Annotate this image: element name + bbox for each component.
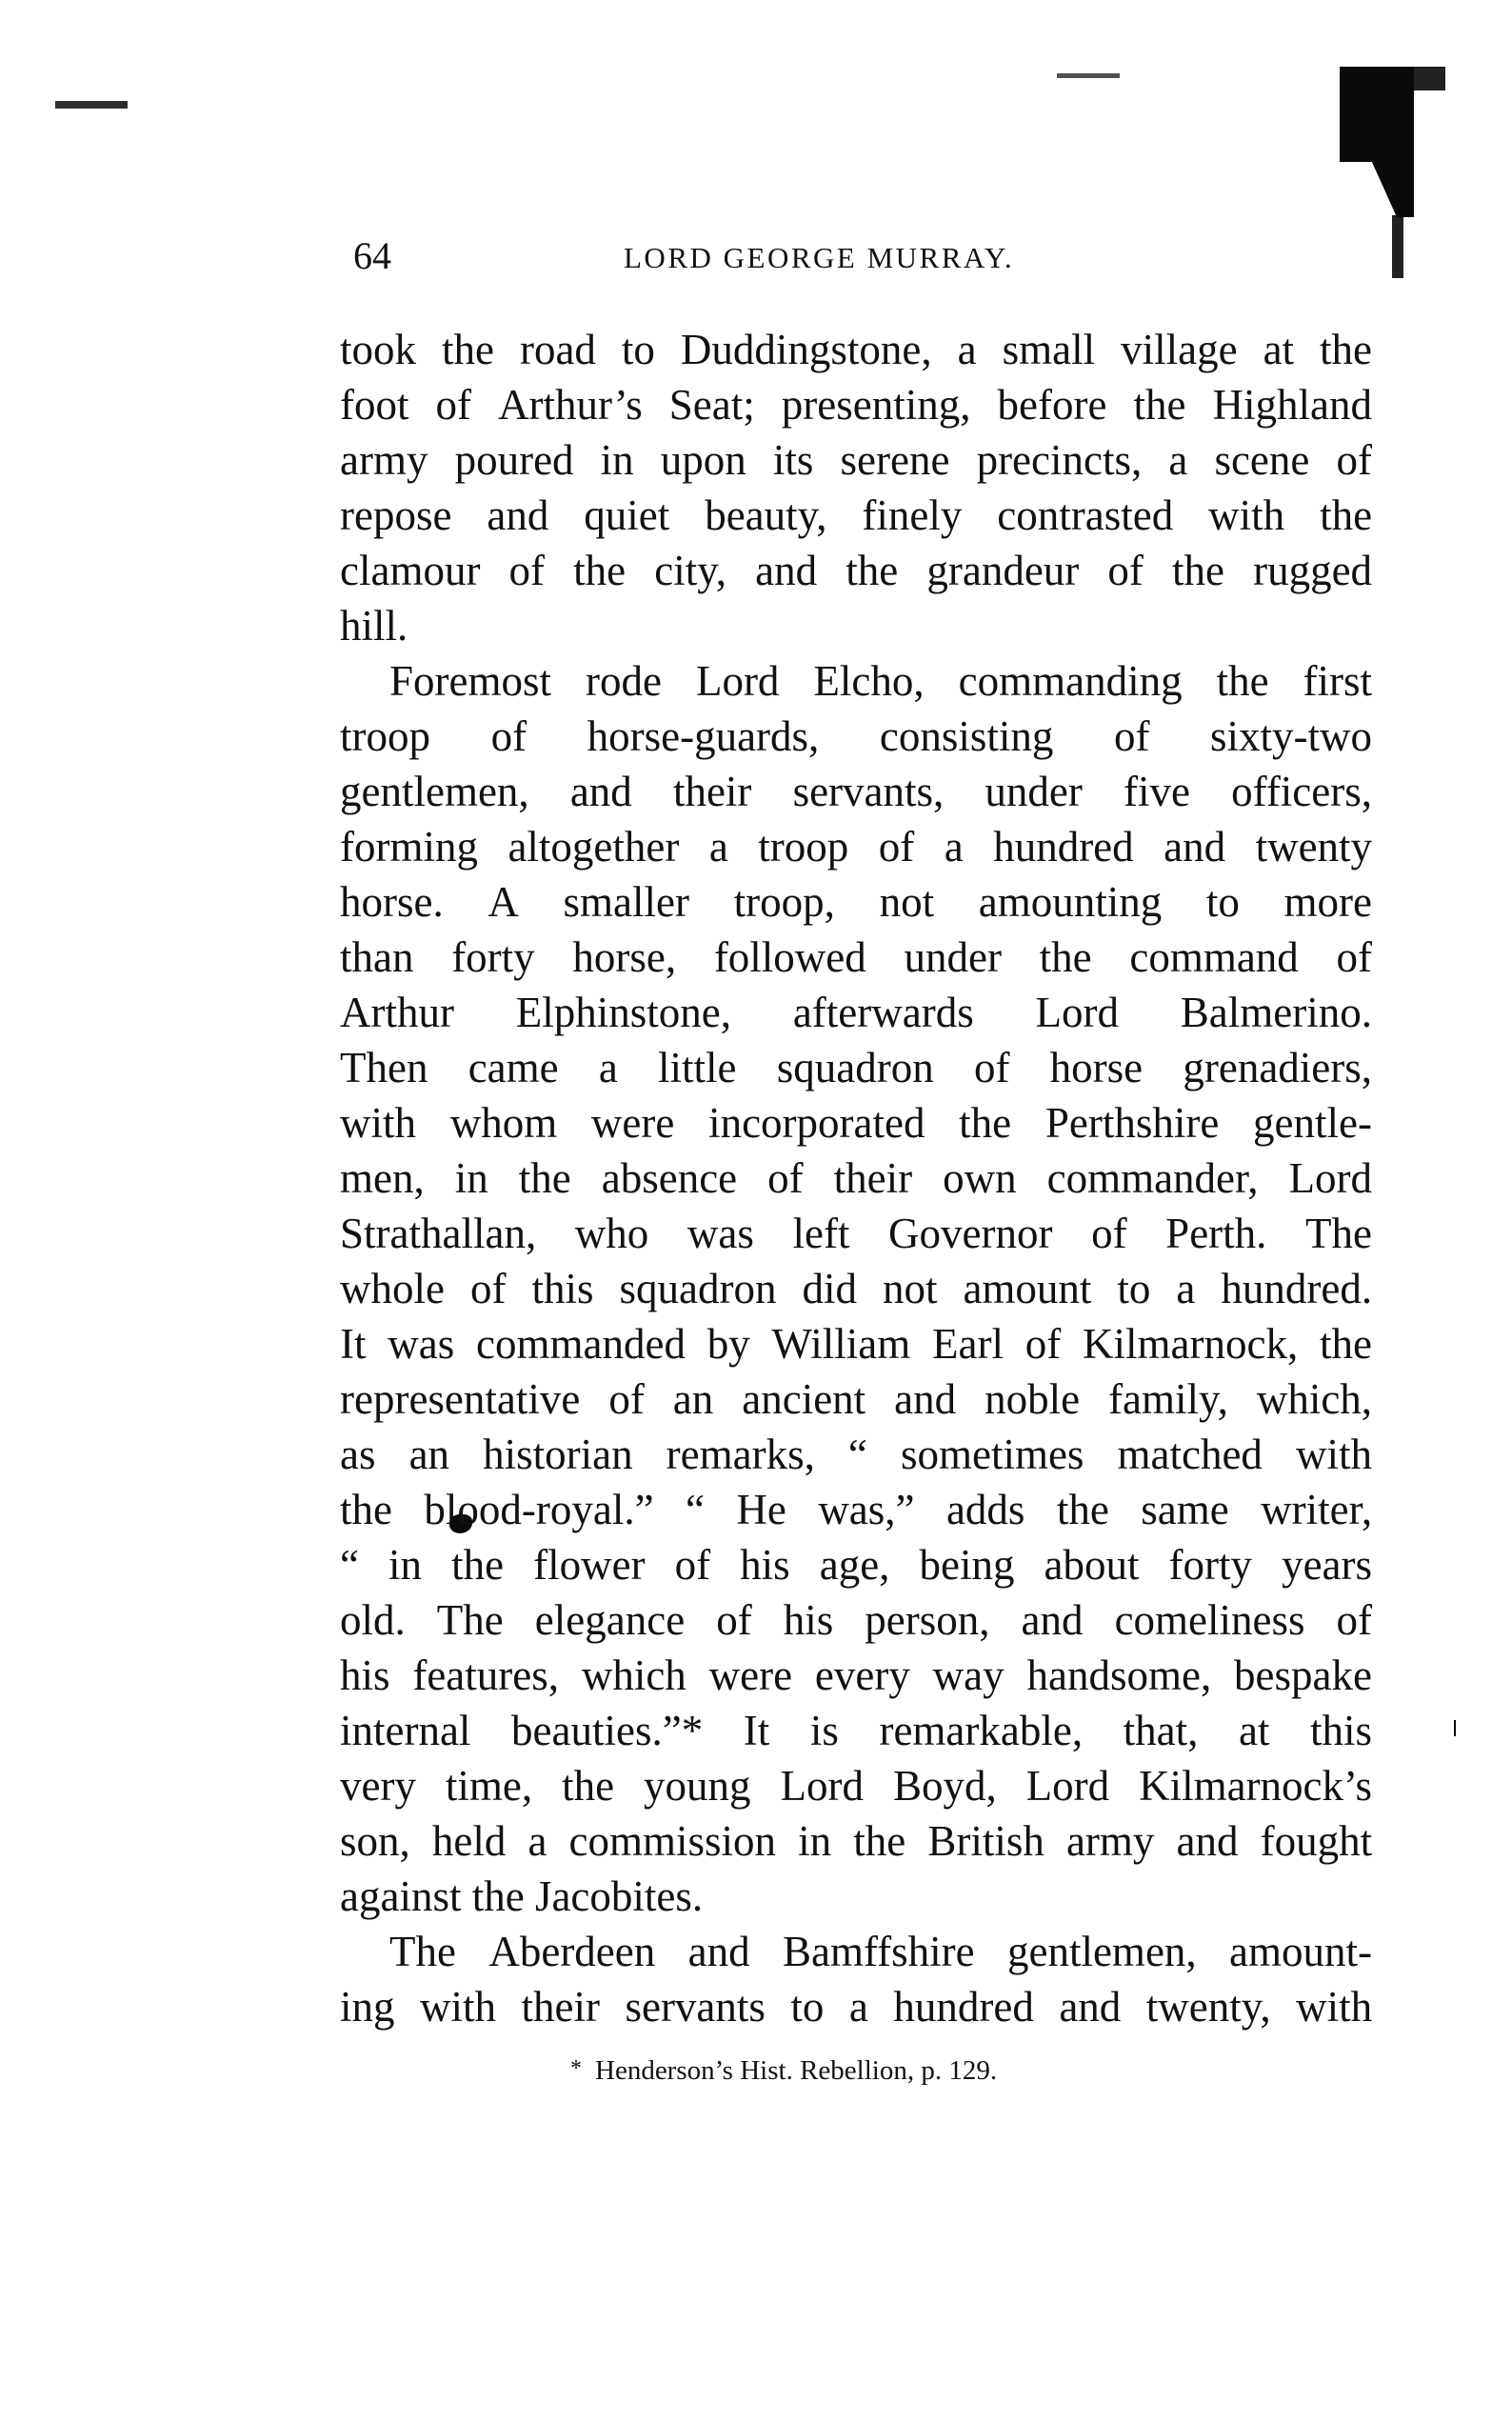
footnote-asterisk-icon: * bbox=[570, 2056, 582, 2081]
footnote: *Henderson’s Hist. Rebellion, p. 129. bbox=[570, 2048, 997, 2092]
text-line: reposeandquietbeauty,finelycontrastedwit… bbox=[340, 488, 1372, 543]
running-head: 64 LORD GEORGE MURRAY. bbox=[340, 232, 1372, 280]
text-line: asanhistorianremarks,“sometimesmatchedwi… bbox=[340, 1427, 1372, 1482]
text-line: internalbeauties.”*Itisremarkable,that,a… bbox=[340, 1703, 1372, 1758]
text-line: hill. bbox=[340, 598, 1372, 653]
text-line: horse.Asmallertroop,notamountingtomore bbox=[340, 874, 1372, 930]
text-line: tooktheroadtoDuddingstone,asmallvillagea… bbox=[340, 322, 1372, 377]
text-line: son,heldacommissionintheBritisharmyandfo… bbox=[340, 1813, 1372, 1869]
text-line: against the Jacobites. bbox=[340, 1869, 1372, 1924]
text-line: gentlemen,andtheirservants,underfiveoffi… bbox=[340, 764, 1372, 819]
text-line: theblood-royal.”“Hewas,”addsthesamewrite… bbox=[340, 1482, 1372, 1537]
text-line: old.Theeleganceofhisperson,andcomeliness… bbox=[340, 1592, 1372, 1648]
book-page: 64 LORD GEORGE MURRAY. tooktheroadtoDudd… bbox=[0, 0, 1512, 2422]
scan-smudge-top-right-tail bbox=[1371, 160, 1414, 217]
scan-smudge-top-right-corner bbox=[1414, 67, 1445, 90]
text-line: Thencamealittlesquadronofhorsegrenadiers… bbox=[340, 1040, 1372, 1095]
scan-mark-right-margin bbox=[1454, 1720, 1456, 1736]
text-line: footofArthur’sSeat;presenting,beforetheH… bbox=[340, 377, 1372, 432]
text-line: troopofhorse-guards,consistingofsixty-tw… bbox=[340, 709, 1372, 764]
text-line: thanfortyhorse,followedunderthecommandof bbox=[340, 930, 1372, 985]
text-line: verytime,theyoungLordBoyd,LordKilmarnock… bbox=[340, 1758, 1372, 1813]
scan-smudge-top-right-block bbox=[1340, 67, 1414, 162]
text-line: withwhomwereincorporatedthePerthshiregen… bbox=[340, 1095, 1372, 1151]
text-line: clamourofthecity,andthegrandeuroftherugg… bbox=[340, 543, 1372, 598]
footnote-text: Henderson’s Hist. Rebellion, p. 129. bbox=[595, 2055, 997, 2086]
text-line: wholeofthissquadrondidnotamounttoahundre… bbox=[340, 1261, 1372, 1316]
text-line: armypouredinuponitssereneprecincts,ascen… bbox=[340, 432, 1372, 488]
scan-smudge-top-left bbox=[55, 101, 128, 109]
paragraph-first-line: ForemostrodeLordElcho,commandingthefirst bbox=[389, 653, 1372, 709]
text-line: ingwiththeirservantstoahundredandtwenty,… bbox=[340, 1979, 1372, 2034]
running-title: LORD GEORGE MURRAY. bbox=[624, 236, 1014, 280]
text-line: ArthurElphinstone,afterwardsLordBalmerin… bbox=[340, 985, 1372, 1040]
text-line: formingaltogetheratroopofahundredandtwen… bbox=[340, 819, 1372, 874]
text-line: men,intheabsenceoftheirowncommander,Lord bbox=[340, 1151, 1372, 1206]
text-line: Strathallan,whowasleftGovernorofPerth.Th… bbox=[340, 1206, 1372, 1261]
text-line: hisfeatures,whichwereeverywayhandsome,be… bbox=[340, 1648, 1372, 1703]
scan-smudge-top-right-strip bbox=[1392, 215, 1403, 278]
text-line: ItwascommandedbyWilliamEarlofKilmarnock,… bbox=[340, 1316, 1372, 1371]
text-line: “intheflowerofhisage,beingaboutfortyyear… bbox=[340, 1537, 1372, 1592]
text-line: representativeofanancientandnoblefamily,… bbox=[340, 1371, 1372, 1427]
paragraph-first-line: TheAberdeenandBamffshiregentlemen,amount… bbox=[389, 1924, 1372, 1979]
page-number: 64 bbox=[353, 232, 391, 280]
scan-smudge-top-center bbox=[1057, 73, 1120, 78]
